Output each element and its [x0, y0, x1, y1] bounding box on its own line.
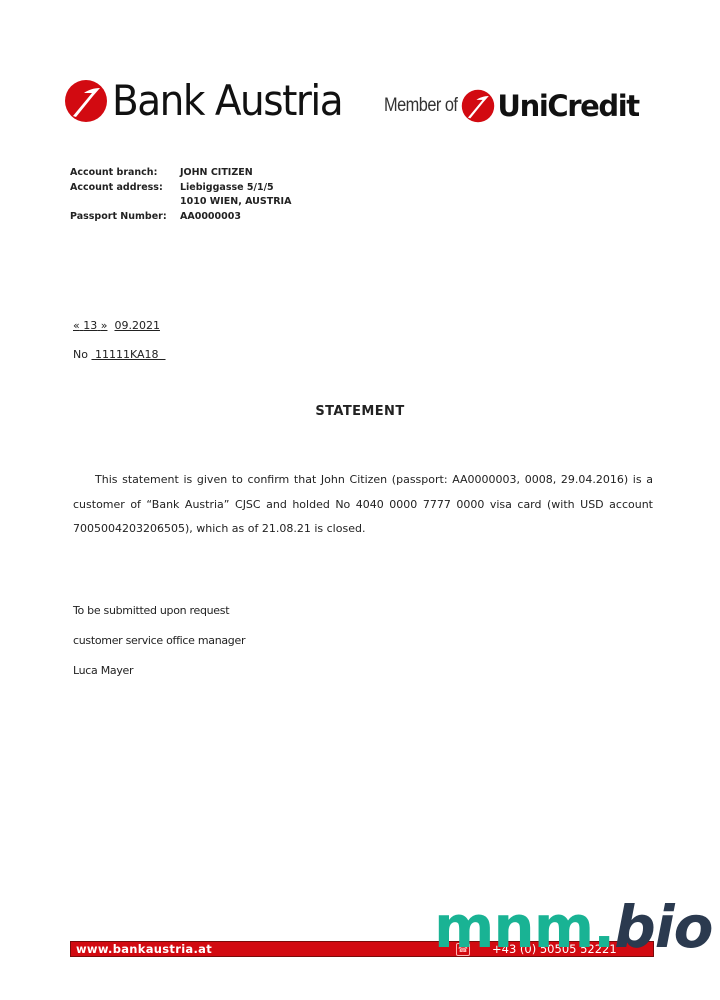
member-of-label: Member of — [384, 95, 457, 117]
account-address-row-2: 1010 WIEN, AUSTRIA — [70, 195, 291, 210]
bank-name: Bank Austria — [112, 80, 342, 122]
number-value: 11111KA18 — [91, 348, 165, 361]
statement-paragraph: This statement is given to confirm that … — [73, 468, 653, 542]
bank-austria-logo: Bank Austria — [64, 76, 342, 126]
account-branch-row: Account branch: JOHN CITIZEN — [70, 166, 291, 181]
unicredit-swoosh-icon — [64, 79, 108, 123]
footer-website-link[interactable]: www.bankaustria.at — [76, 941, 212, 957]
account-branch-label: Account branch: — [70, 166, 180, 181]
account-address-city: 1010 WIEN, AUSTRIA — [180, 195, 291, 210]
account-info: Account branch: JOHN CITIZEN Account add… — [70, 166, 291, 224]
unicredit-swoosh-icon — [461, 89, 495, 123]
closing-line-request: To be submitted upon request — [73, 596, 245, 626]
document-date: « 13 » 09.2021 — [73, 319, 160, 332]
date-month-year: 09.2021 — [114, 319, 160, 332]
watermark: mnm.bio — [434, 898, 712, 956]
date-day: « 13 » — [73, 319, 107, 332]
document-title: STATEMENT — [0, 404, 720, 419]
passport-number-value: AA0000003 — [180, 210, 241, 225]
closing-line-position: customer service office manager — [73, 626, 245, 656]
watermark-part-2: bio — [614, 893, 712, 961]
account-branch-value: JOHN CITIZEN — [180, 166, 253, 181]
number-prefix: No — [73, 348, 88, 361]
signatory-name: Luca Mayer — [73, 656, 245, 686]
watermark-part-1: mnm. — [434, 893, 614, 961]
statement-body: This statement is given to confirm that … — [73, 468, 653, 542]
unicredit-name: UniCredit — [497, 92, 638, 121]
empty-label — [70, 195, 180, 210]
passport-number-label: Passport Number: — [70, 210, 180, 225]
account-address-row: Account address: Liebiggasse 5/1/5 — [70, 181, 291, 196]
account-address-value: Liebiggasse 5/1/5 — [180, 181, 274, 196]
closing-block: To be submitted upon request customer se… — [73, 596, 245, 686]
passport-number-row: Passport Number: AA0000003 — [70, 210, 291, 225]
account-address-label: Account address: — [70, 181, 180, 196]
unicredit-logo: Member of UniCredit — [384, 86, 639, 126]
document-number: No 11111KA18 — [73, 348, 166, 361]
